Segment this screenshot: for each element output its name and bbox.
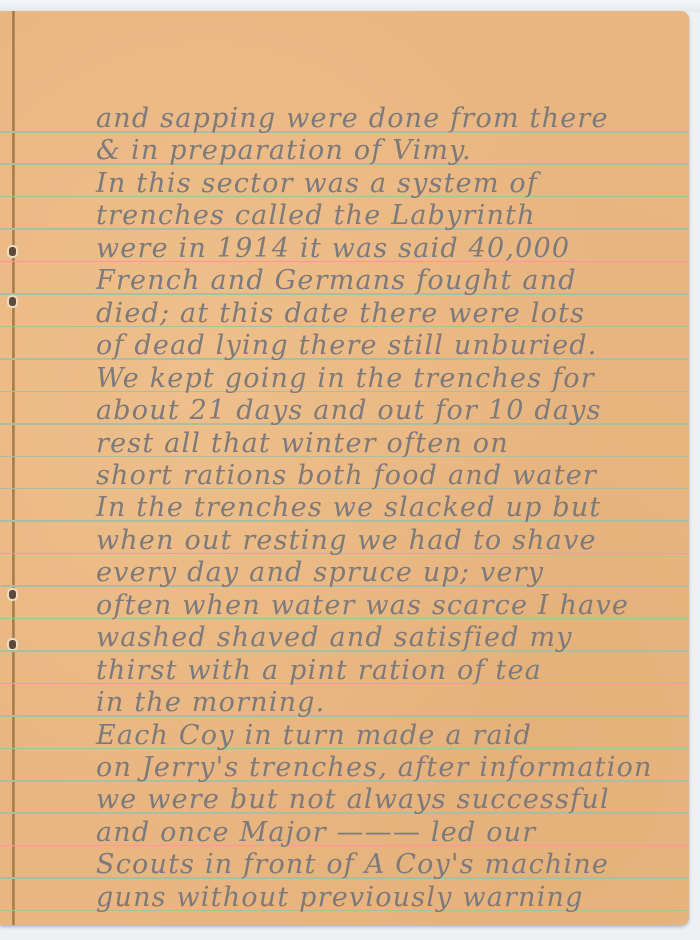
text-line: when out resting we had to shave bbox=[96, 525, 597, 557]
text-line: trenches called the Labyrinth bbox=[96, 200, 536, 232]
text-line: and sapping were done from there bbox=[96, 103, 609, 135]
text-line: In this sector was a system of bbox=[96, 168, 538, 200]
text-line: died; at this date there were lots bbox=[96, 298, 585, 330]
text-line: about 21 days and out for 10 days bbox=[96, 395, 602, 427]
binding-hole bbox=[9, 590, 16, 599]
text-line: Each Coy in turn made a raid bbox=[96, 720, 532, 752]
text-line: and once Major ——— led our bbox=[96, 817, 536, 849]
binding-hole bbox=[9, 640, 16, 649]
text-line: guns without previously warning bbox=[96, 882, 584, 914]
text-line: on Jerry's trenches, after information bbox=[96, 752, 653, 784]
spine-binding bbox=[12, 11, 15, 925]
text-line: French and Germans fought and bbox=[96, 265, 577, 297]
text-line: thirst with a pint ration of tea bbox=[96, 655, 542, 687]
text-line: washed shaved and satisfied my bbox=[96, 622, 573, 654]
text-line: we were but not always successful bbox=[96, 784, 610, 816]
text-line: were in 1914 it was said 40,000 bbox=[96, 233, 570, 265]
text-line: of dead lying there still unburied. bbox=[96, 330, 598, 362]
text-line: short rations both food and water bbox=[96, 460, 597, 492]
text-line: & in preparation of Vimy. bbox=[96, 135, 472, 167]
text-line: In the trenches we slacked up but bbox=[96, 492, 601, 524]
notebook-page: and sapping were done from there & in pr… bbox=[0, 11, 689, 925]
text-line: We kept going in the trenches for bbox=[96, 363, 595, 395]
text-line: rest all that winter often on bbox=[96, 428, 509, 460]
text-line: every day and spruce up; very bbox=[96, 557, 544, 589]
text-line: often when water was scarce I have bbox=[96, 590, 629, 622]
binding-hole bbox=[9, 297, 16, 306]
text-line: Scouts in front of A Coy's machine bbox=[96, 849, 609, 881]
text-line: in the morning. bbox=[96, 687, 325, 719]
binding-hole bbox=[9, 247, 16, 256]
